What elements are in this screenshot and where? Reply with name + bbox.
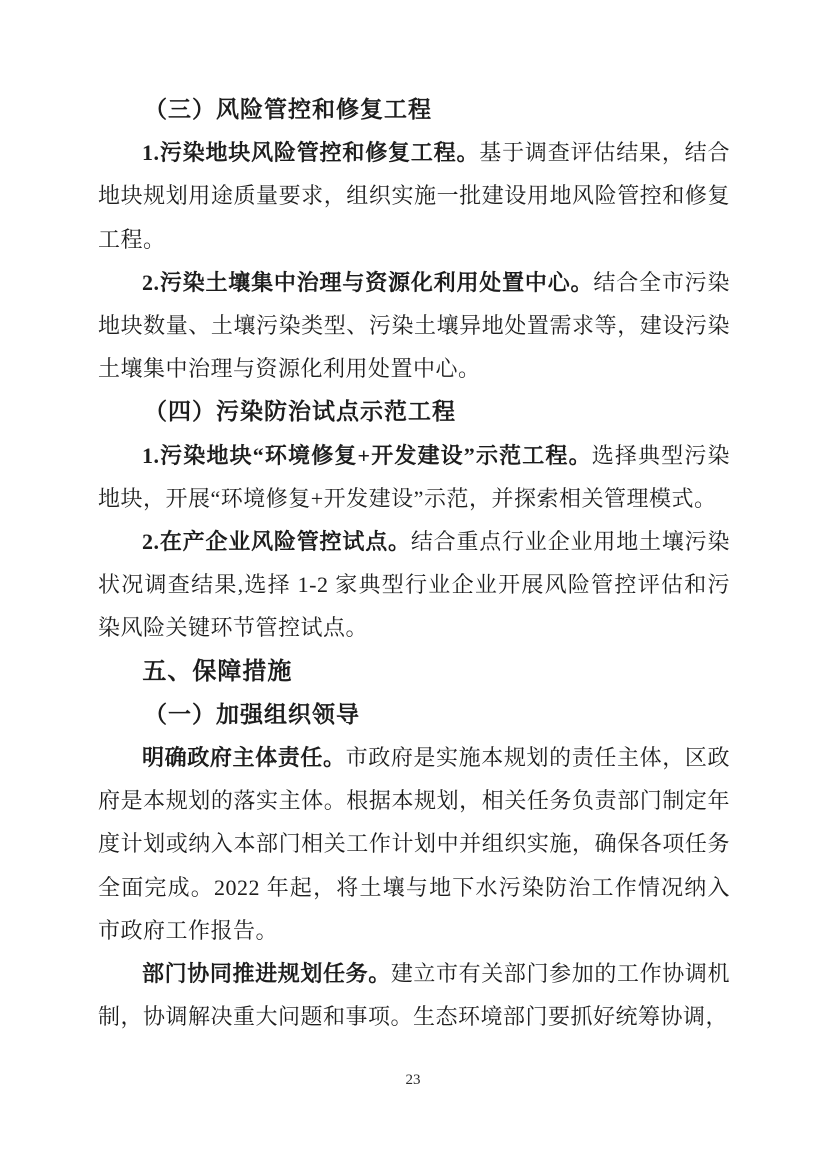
paragraph-department-coordination: 部门协同推进规划任务。建立市有关部门参加的工作协调机制，协调解决重大问题和事项。… — [98, 952, 730, 1038]
paragraph-soil-treatment-center: 2.污染土壤集中治理与资源化利用处置中心。结合全市污染地块数量、土壤污染类型、污… — [98, 261, 730, 391]
paragraph-lead: 部门协同推进规划任务。 — [142, 961, 391, 986]
subsection-heading-strengthen-organizational-leadership: （一）加强组织领导 — [98, 693, 730, 736]
paragraph-body: 市政府是实施本规划的责任主体，区政府是本规划的落实主体。根据本规划，相关任务负责… — [98, 745, 730, 943]
paragraph-government-responsibility: 明确政府主体责任。市政府是实施本规划的责任主体，区政府是本规划的落实主体。根据本… — [98, 736, 730, 952]
paragraph-lead: 明确政府主体责任。 — [142, 745, 346, 770]
paragraph-lead: 2.在产企业风险管控试点。 — [142, 529, 411, 554]
subsection-heading-risk-control-projects: （三）风险管控和修复工程 — [98, 88, 730, 131]
subsection-heading-pilot-demonstration-projects: （四）污染防治试点示范工程 — [98, 390, 730, 433]
paragraph-enterprise-risk-pilot: 2.在产企业风险管控试点。结合重点行业企业用地土壤污染状况调查结果,选择 1-2… — [98, 520, 730, 650]
chapter-heading-safeguard-measures: 五、保障措施 — [98, 650, 730, 693]
page-number: 23 — [0, 1072, 826, 1089]
document-page: （三）风险管控和修复工程 1.污染地块风险管控和修复工程。基于调查评估结果，结合… — [0, 0, 826, 1169]
document-content: （三）风险管控和修复工程 1.污染地块风险管控和修复工程。基于调查评估结果，结合… — [98, 88, 730, 1038]
paragraph-lead: 1.污染地块风险管控和修复工程。 — [142, 140, 479, 165]
paragraph-polluted-plot-risk-control: 1.污染地块风险管控和修复工程。基于调查评估结果，结合地块规划用途质量要求，组织… — [98, 131, 730, 261]
paragraph-lead: 1.污染地块“环境修复+开发建设”示范工程。 — [142, 443, 592, 468]
paragraph-lead: 2.污染土壤集中治理与资源化利用处置中心。 — [142, 270, 593, 295]
paragraph-remediation-development-demo: 1.污染地块“环境修复+开发建设”示范工程。选择典型污染地块，开展“环境修复+开… — [98, 434, 730, 520]
